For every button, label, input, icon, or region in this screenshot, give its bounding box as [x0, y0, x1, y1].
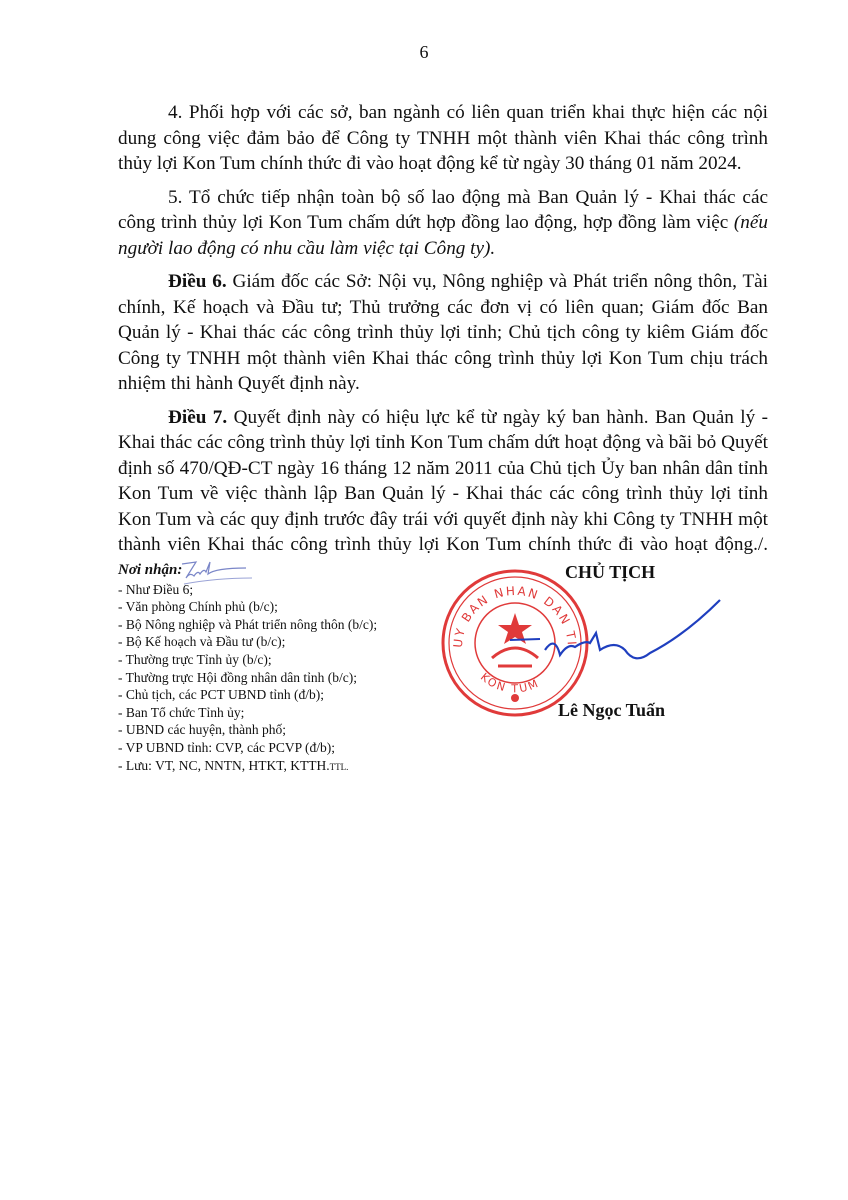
signer-name: Lê Ngọc Tuấn [558, 700, 665, 721]
article-7-text: Quyết định này có hiệu lực kể từ ngày ký… [118, 407, 768, 556]
recipient-item: - Bộ Kế hoạch và Đầu tư (b/c); [118, 633, 377, 651]
recipient-item: - UBND các huyện, thành phố; [118, 721, 377, 739]
article-7-label: Điều 7. [168, 407, 227, 428]
recipient-item: - Như Điều 6; [118, 581, 377, 599]
recipient-item: - Thường trực Hội đồng nhân dân tỉnh (b/… [118, 669, 377, 687]
signer-title: CHỦ TỊCH [565, 562, 655, 583]
recipient-item: - Bộ Nông nghiệp và Phát triển nông thôn… [118, 616, 377, 634]
recipients-header: Nơi nhận: [118, 562, 377, 580]
recipient-item: - Ban Tổ chức Tỉnh ủy; [118, 704, 377, 722]
paragraph-item-5: 5. Tổ chức tiếp nhận toàn bộ số lao động… [118, 185, 768, 262]
article-6-label: Điều 6. [168, 271, 227, 292]
recipient-item: - Thường trực Tỉnh ủy (b/c); [118, 651, 377, 669]
page-number: 6 [0, 42, 848, 63]
recipients-list: Nơi nhận: - Như Điều 6; - Văn phòng Chín… [118, 562, 377, 776]
recipient-item: - VP UBND tỉnh: CVP, các PCVP (đ/b); [118, 739, 377, 757]
recipient-item: - Văn phòng Chính phủ (b/c); [118, 598, 377, 616]
recipient-item: - Chủ tịch, các PCT UBND tỉnh (đ/b); [118, 686, 377, 704]
recipient-item-archive: - Lưu: VT, NC, NNTN, HTKT, KTTH.TTL. [118, 757, 377, 777]
handwritten-signature-icon [500, 595, 730, 675]
document-body: 4. Phối hợp với các sở, ban ngành có liê… [118, 100, 768, 593]
item-5-text: 5. Tổ chức tiếp nhận toàn bộ số lao động… [118, 187, 768, 234]
article-6: Điều 6. Giám đốc các Sở: Nội vụ, Nông ng… [118, 269, 768, 397]
paragraph-item-4: 4. Phối hợp với các sở, ban ngành có liê… [118, 100, 768, 177]
signature-block: UY BAN NHAN DAN TINH KON TUM CHỦ TỊCH Lê… [440, 560, 760, 740]
